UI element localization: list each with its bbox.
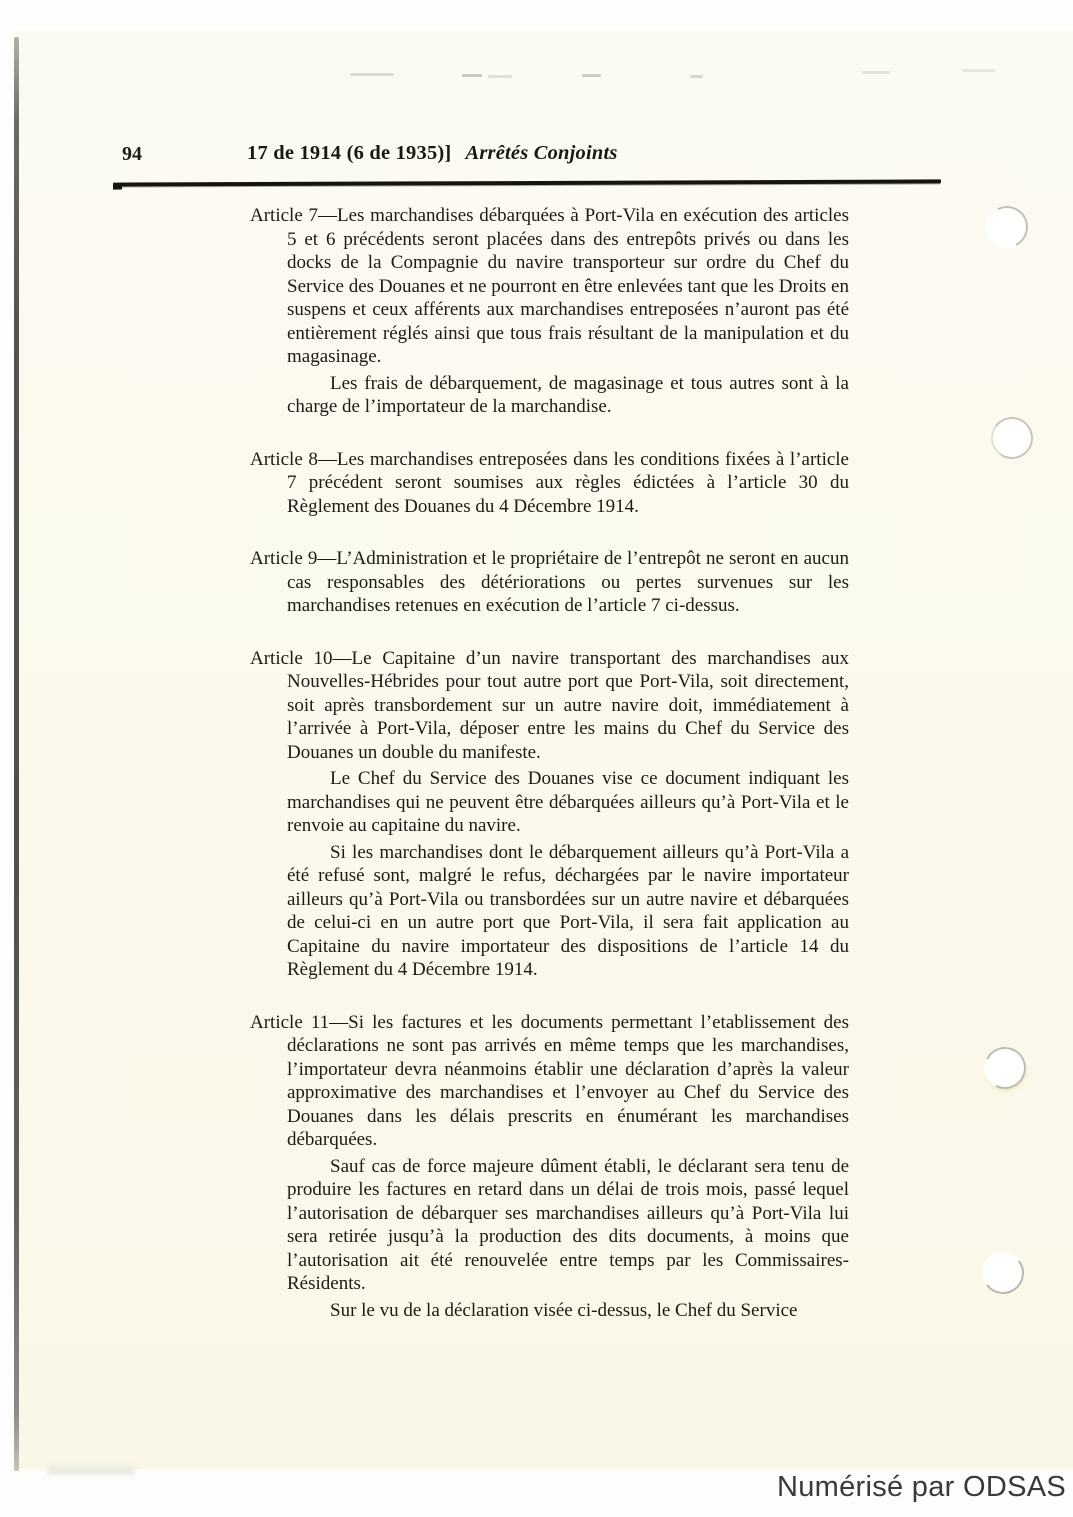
section-title: Arrêtés Conjoints [465,142,617,164]
scanned-document-view: 94 17 de 1914 (6 de 1935)]Arrêtés Conjoi… [0,0,1073,1517]
article-8: Article 8—Les marchandises entreposées d… [287,448,849,519]
article-10-paragraph-1: Article 10—Le Capitaine d’un navire tran… [287,647,849,765]
article-10: Article 10—Le Capitaine d’un navire tran… [287,647,849,982]
volume-reference: 17 de 1914 (6 de 1935)] [247,142,451,164]
article-8-paragraph-1: Article 8—Les marchandises entreposées d… [287,448,849,519]
article-11-paragraph-3: Sur le vu de la déclaration visée ci-des… [287,1299,849,1323]
page-number: 94 [122,143,142,166]
running-head: 17 de 1914 (6 de 1935)]Arrêtés Conjoints [247,142,618,165]
scan-credit: Numérisé par ODSAS [777,1471,1066,1504]
scan-artifact [962,69,996,72]
article-11-paragraph-1: Article 11—Si les factures et les docume… [287,1011,849,1152]
article-7-paragraph-1: Article 7—Les marchandises débarquées à … [287,204,849,369]
article-9-paragraph-1: Article 9—L’Administration et le proprié… [287,547,849,618]
scan-artifact [582,74,601,77]
scan-artifact [488,75,512,78]
article-10-paragraph-3: Si les marchandises dont le débarquement… [287,841,849,982]
article-11-paragraph-2: Sauf cas de force majeure dûment établi,… [287,1155,849,1296]
article-10-paragraph-2: Le Chef du Service des Douanes vise ce d… [287,767,849,838]
page-left-edge [14,37,19,1471]
article-7: Article 7—Les marchandises débarquées à … [287,204,849,419]
scan-artifact [862,71,890,74]
article-9: Article 9—L’Administration et le proprié… [287,547,849,618]
scan-artifact [462,74,482,77]
scan-artifact [350,73,394,76]
scan-artifact [690,75,703,78]
scan-artifact [48,1466,134,1475]
articles-container: Article 7—Les marchandises débarquées à … [287,204,849,1351]
article-7-paragraph-2: Les frais de débarquement, de magasinage… [287,372,849,419]
article-11: Article 11—Si les factures et les docume… [287,1011,849,1323]
